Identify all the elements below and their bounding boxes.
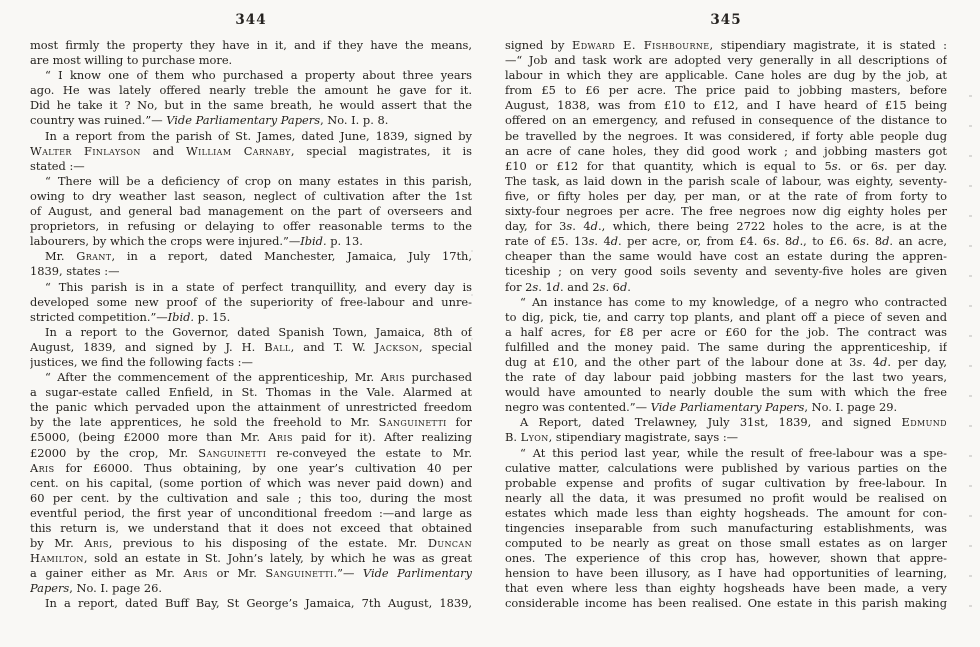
right-page: 345 signed by Edward E. Fishbourne, stip… bbox=[505, 10, 947, 612]
text-line: In a report, dated Buff Bay, St George’s… bbox=[30, 596, 472, 611]
text-line: Mr. Grant, in a report, dated Manchester… bbox=[30, 249, 472, 264]
book-spread: 344 most firmly the property they have i… bbox=[0, 0, 980, 647]
text-line: —“ Job and task work are adopted very ge… bbox=[505, 53, 947, 68]
scan-edge-artifacts bbox=[969, 95, 972, 625]
text-line: £5000, (being £2000 more than Mr. Aris p… bbox=[30, 430, 472, 445]
text-line: estates which made less than eighty hogs… bbox=[505, 506, 947, 521]
text-line: the rate of day labour paid jobbing mast… bbox=[505, 370, 947, 385]
text-line: computed to be nearly as great on those … bbox=[505, 536, 947, 551]
text-line: by Mr. Aris, previous to his disposing o… bbox=[30, 536, 472, 551]
text-line: would have amounted to nearly double the… bbox=[505, 385, 947, 400]
text-line: justices, we find the following facts :— bbox=[30, 355, 472, 370]
text-line: owing to dry weather last season, neglec… bbox=[30, 189, 472, 204]
text-line: ticeship ; on very good soils seventy an… bbox=[505, 264, 947, 279]
text-line: Aris for £6000. Thus obtaining, by one y… bbox=[30, 461, 472, 476]
text-line: considerable income has been realised. O… bbox=[505, 596, 947, 611]
text-line: dug at £10, and the other part of the la… bbox=[505, 355, 947, 370]
text-line: 1839, states :— bbox=[30, 264, 472, 279]
text-line: a half acres, for £8 per acre or £60 for… bbox=[505, 325, 947, 340]
text-line: Papers, No. I. page 26. bbox=[30, 581, 472, 596]
text-line: fulfilled and the money paid. The same d… bbox=[505, 340, 947, 355]
text-line: to dig, pick, tie, and carry top plants,… bbox=[505, 310, 947, 325]
text-line: the panic which pervaded upon the attain… bbox=[30, 400, 472, 415]
text-line: proprietors, in refusing or delaying to … bbox=[30, 219, 472, 234]
left-page: 344 most firmly the property they have i… bbox=[30, 10, 472, 612]
text-line: by the late apprentices, he sold the fre… bbox=[30, 415, 472, 430]
text-line: ago. He was lately offered nearly treble… bbox=[30, 83, 472, 98]
text-line: that even where less than eighty hogshea… bbox=[505, 581, 947, 596]
text-line: “ After the commencement of the apprenti… bbox=[30, 370, 472, 385]
text-line: of August, and general bad management on… bbox=[30, 204, 472, 219]
text-line: culative matter, calculations were publi… bbox=[505, 461, 947, 476]
text-line: stated :— bbox=[30, 159, 472, 174]
text-line: A Report, dated Trelawney, July 31st, 18… bbox=[505, 415, 947, 430]
page-number-left: 344 bbox=[30, 10, 472, 30]
text-line: £2000 by the crop, Mr. Sanguinetti re-co… bbox=[30, 446, 472, 461]
text-line: be travelled by the negroes. It was cons… bbox=[505, 129, 947, 144]
text-line: a sugar-estate called Enfield, in St. Th… bbox=[30, 385, 472, 400]
text-line: a gainer either as Mr. Aris or Mr. Sangu… bbox=[30, 566, 472, 581]
text-line: The task, as laid down in the parish sca… bbox=[505, 174, 947, 189]
text-line: “ There will be a deficiency of crop on … bbox=[30, 174, 472, 189]
text-line: from £5 to £6 per acre. The price paid t… bbox=[505, 83, 947, 98]
text-line: country was ruined.”— Vide Parliamentary… bbox=[30, 113, 472, 128]
text-line: offered on an emergency, and refused in … bbox=[505, 113, 947, 128]
text-line: “ An instance has come to my knowledge, … bbox=[505, 295, 947, 310]
text-line: labourers, by which the crops were injur… bbox=[30, 234, 472, 249]
text-line: day, for 3s. 4d., which, there being 272… bbox=[505, 219, 947, 234]
text-line: cent. on his capital, (some portion of w… bbox=[30, 476, 472, 491]
text-line: Hamilton, sold an estate in St. John’s l… bbox=[30, 551, 472, 566]
text-line: negro was contented.”— Vide Parliamentar… bbox=[505, 400, 947, 415]
text-line: rate of £5. 13s. 4d. per acre, or, from … bbox=[505, 234, 947, 249]
text-line: sixty-four negroes per acre. The free ne… bbox=[505, 204, 947, 219]
text-line: cheaper than the same would have cost an… bbox=[505, 249, 947, 264]
text-line: developed some new proof of the superior… bbox=[30, 295, 472, 310]
text-line: “ I know one of them who purchased a pro… bbox=[30, 68, 472, 83]
text-line: this return is, we understand that it do… bbox=[30, 521, 472, 536]
text-line: Did he take it ? No, but in the same bre… bbox=[30, 98, 472, 113]
text-line: Walter Finlayson and William Carnaby, sp… bbox=[30, 144, 472, 159]
text-line: for 2s. 1d. and 2s. 6d. bbox=[505, 280, 947, 295]
text-line: eventful period, the first year of uncon… bbox=[30, 506, 472, 521]
text-line: nearly all the data, it was presumed no … bbox=[505, 491, 947, 506]
text-line: B. Lyon, stipendiary magistrate, says :— bbox=[505, 430, 947, 445]
text-line: tingencies inseparable from such manufac… bbox=[505, 521, 947, 536]
text-line: August, 1839, and signed by J. H. Ball, … bbox=[30, 340, 472, 355]
text-line: labour in which they are applicable. Can… bbox=[505, 68, 947, 83]
text-line: “ At this period last year, while the re… bbox=[505, 446, 947, 461]
text-line: In a report to the Governor, dated Spani… bbox=[30, 325, 472, 340]
text-line: are most willing to purchase more. bbox=[30, 53, 472, 68]
text-line: ones. The experience of this crop has, h… bbox=[505, 551, 947, 566]
text-line: £10 or £12 for that quantity, which is e… bbox=[505, 159, 947, 174]
text-line: most firmly the property they have in it… bbox=[30, 38, 472, 53]
text-line: hension to have been illusory, as I have… bbox=[505, 566, 947, 581]
text-line: 60 per cent. by the cultivation and sale… bbox=[30, 491, 472, 506]
text-line: an acre of cane holes, they did good wor… bbox=[505, 144, 947, 159]
text-line: In a report from the parish of St. James… bbox=[30, 129, 472, 144]
text-line: signed by Edward E. Fishbourne, stipendi… bbox=[505, 38, 947, 53]
page-number-right: 345 bbox=[505, 10, 947, 30]
text-line: five, or fifty holes per day, per man, o… bbox=[505, 189, 947, 204]
text-line: “ This parish is in a state of perfect t… bbox=[30, 280, 472, 295]
page-text-left: most firmly the property they have in it… bbox=[30, 38, 472, 612]
page-text-right: signed by Edward E. Fishbourne, stipendi… bbox=[505, 38, 947, 612]
text-line: stricted competition.”—Ibid. p. 15. bbox=[30, 310, 472, 325]
text-line: probable expense and profits of sugar cu… bbox=[505, 476, 947, 491]
text-line: August, 1838, was from £10 to £12, and I… bbox=[505, 98, 947, 113]
